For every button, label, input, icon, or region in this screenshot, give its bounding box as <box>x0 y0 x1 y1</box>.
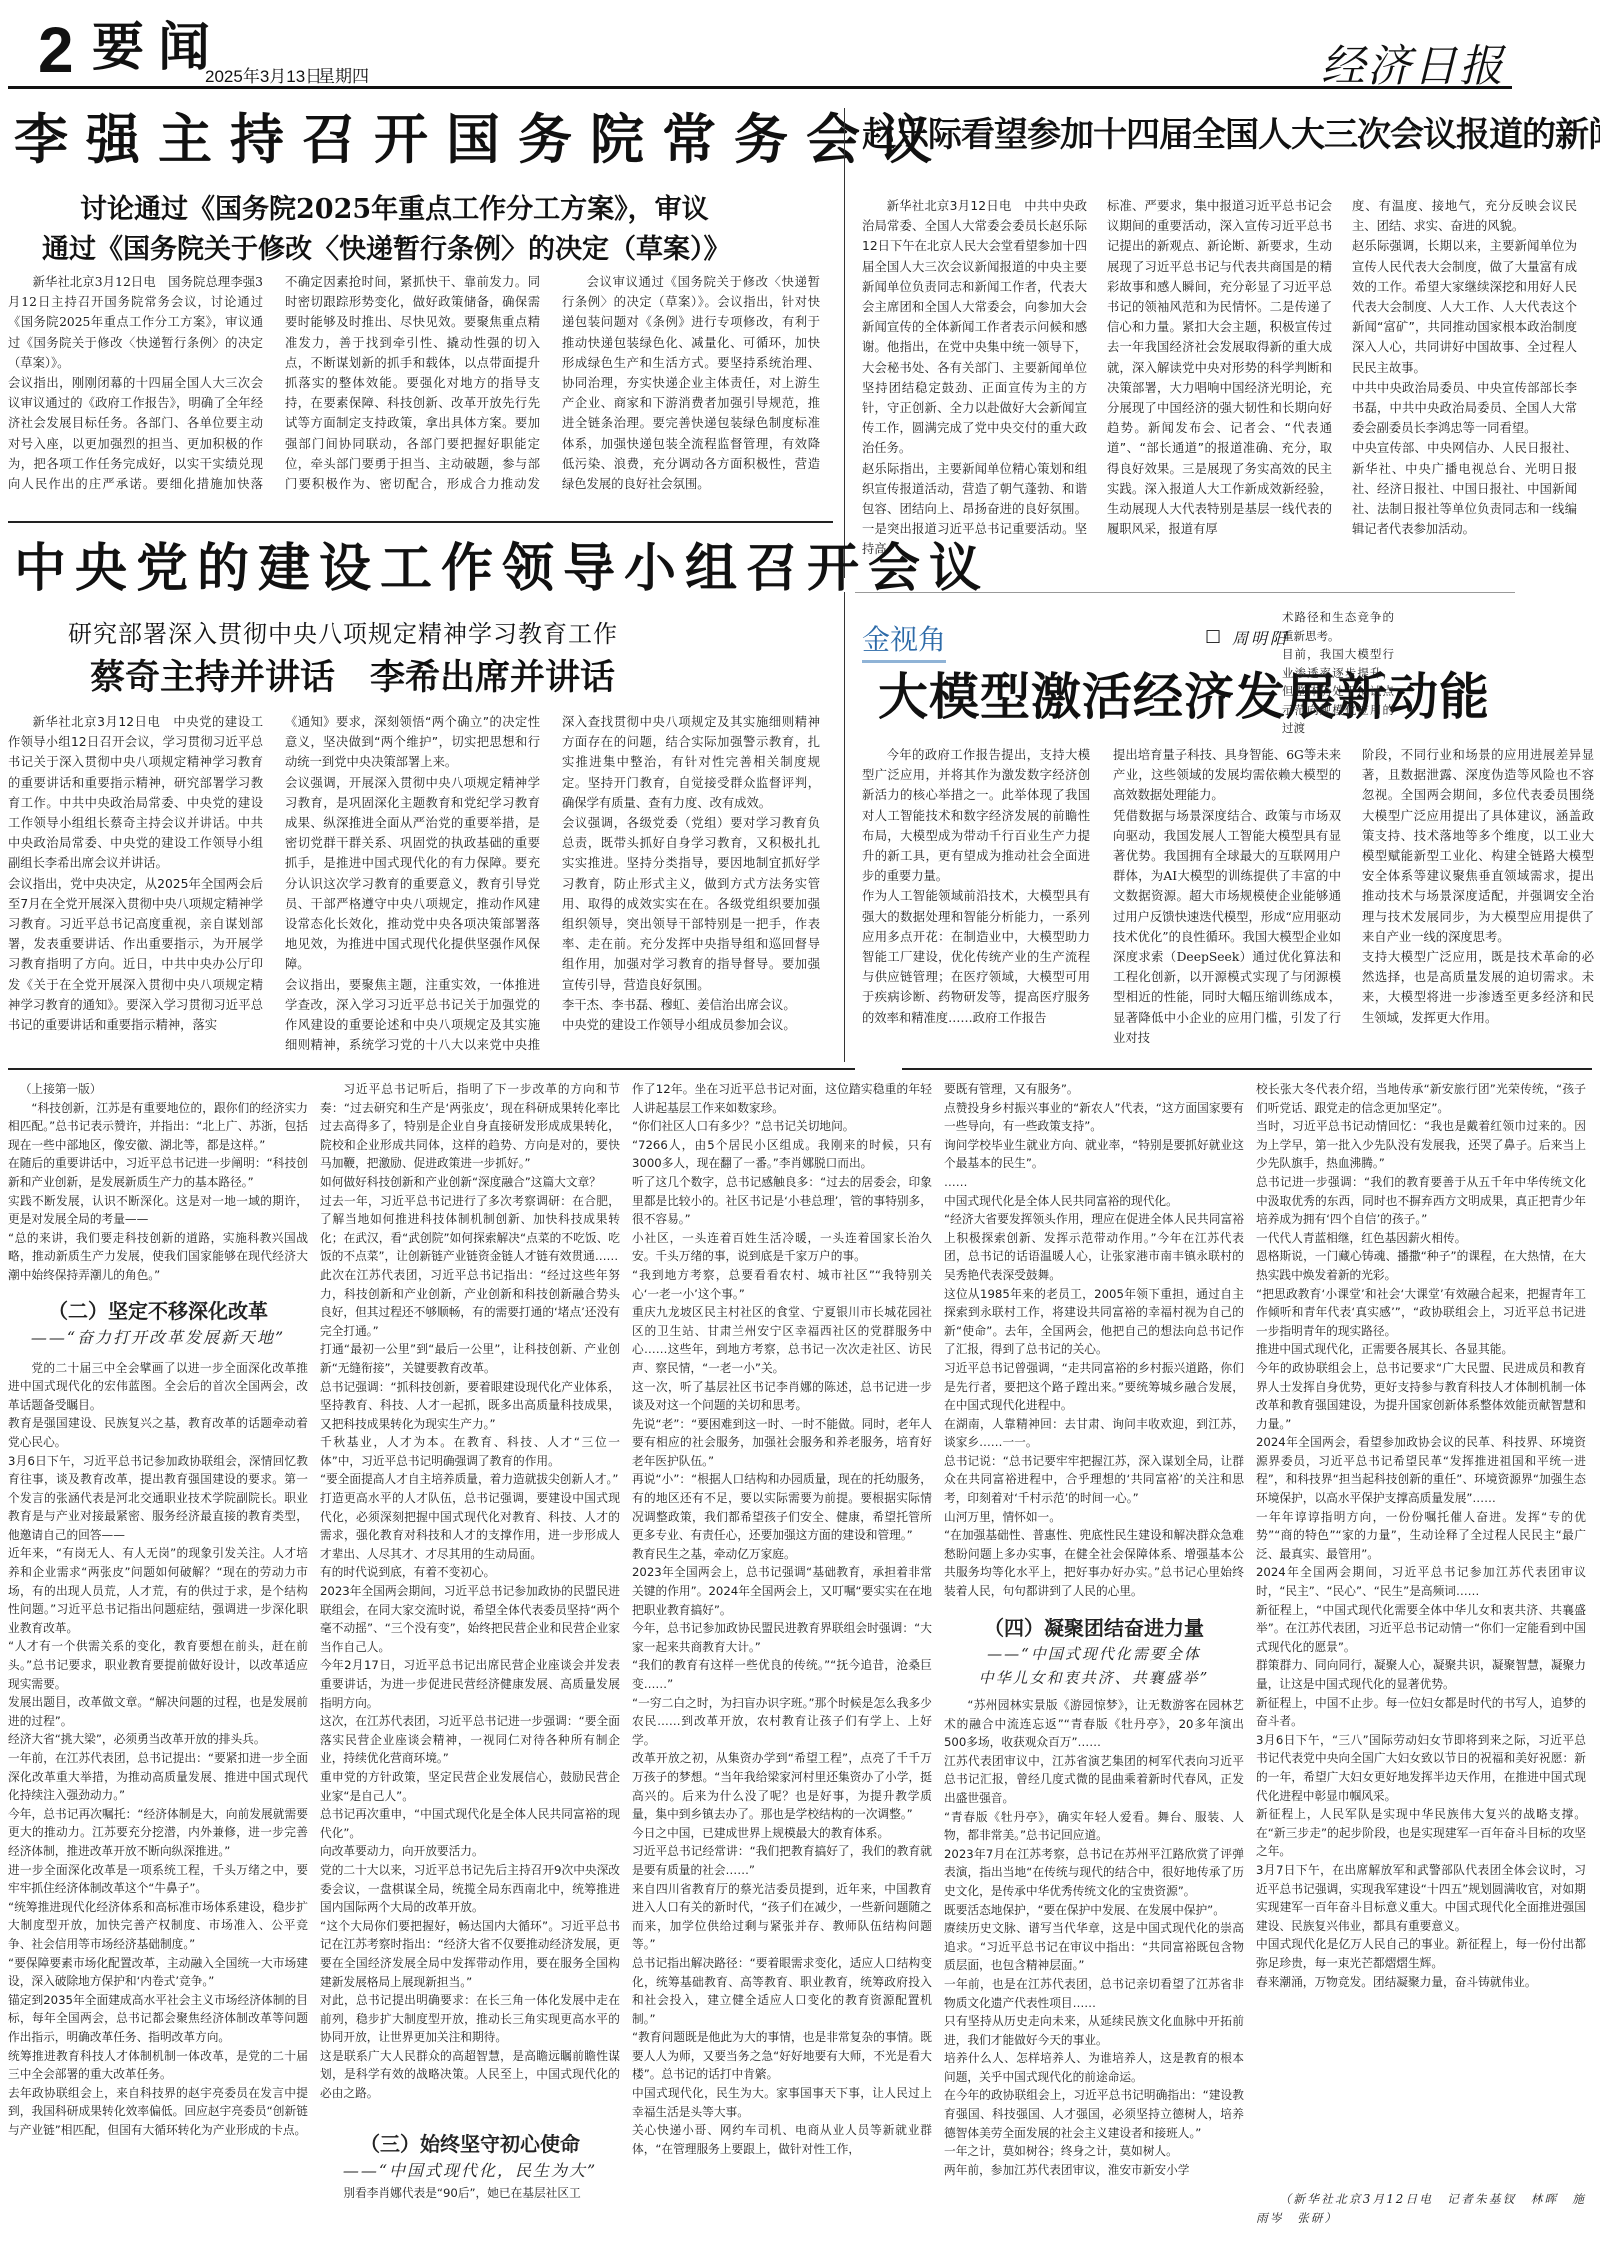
article5-col4-sec4: “苏州园林实景版《游园惊梦》，让无数游客在园林艺术的融合中流连忘返”“青春版《牡… <box>944 1696 1244 2179</box>
article1-col2-text: 不确定因素抢时间，紧抓快干、靠前发力。同时密切跟踪形势变化，做好政策储备，确保需… <box>285 272 540 497</box>
article2-col1-text: 新华社北京3月12日电 中共中央政治局常委、全国人大常委会委员长赵乐际12日下午… <box>862 196 1087 560</box>
article4-col3-text: 阶段，不同行业和场景的应用进展差异显著，且数据泄露、深度伪造等风险也不容忽视。全… <box>1362 745 1594 1028</box>
article5-col2: 习近平总书记听后，指明了下一步改革的方向和节奏：“过去研究和生产是‘两张皮’，现… <box>320 1080 620 2260</box>
article4-col3: 阶段，不同行业和场景的应用进展差异显著，且数据泄露、深度伪造等风险也不容忽视。全… <box>1362 745 1594 1055</box>
article4-col1-text: 今年的政府工作报告提出，支持大模型广泛应用，并将其作为激发数字经济创新活力的核心… <box>862 745 1090 1028</box>
article3-col3: 深入查找贯彻中央八项规定及其实施细则精神方面存在的问题，结合实际加强警示教育，扎… <box>562 712 820 1052</box>
article5-col4-text: 要既有管理，又有服务”。 点赞投身乡村振兴事业的“新农人”代表，“这方面国家要有… <box>944 1080 1244 1600</box>
article3-col2-text: 《通知》要求，深刻领悟“两个确立”的决定性意义，坚决做到“两个维护”，切实把思想… <box>285 712 540 1052</box>
section2-title: （二）坚定不移深化改革 <box>8 1297 308 1325</box>
section3-kicker: ——“中国式现代化，民生为大” <box>320 2158 620 2184</box>
article3-col3-text: 深入查找贯彻中央八项规定及其实施细则精神方面存在的问题，结合实际加强警示教育，扎… <box>562 712 820 1035</box>
article2-col3-text: 度、有温度、接地气，充分反映会议民主、团结、求实、奋进的风貌。 赵乐际强调，长期… <box>1352 196 1577 539</box>
article4-sidebar: 术路径和生态竞争的重新思考。 目前，我国大模型行业渗透率逐步提升，但整体仍处于从… <box>1282 608 1394 743</box>
article5-continued: （上接第一版） <box>8 1080 308 1099</box>
article5-col1: （上接第一版） “科技创新，江苏是有重要地位的，跟你们的经济实力相匹配。”总书记… <box>8 1080 308 2260</box>
article1-subhead-2: 通过《国务院关于修改〈快递暂行条例〉的决定（草案）》 <box>42 236 731 263</box>
article5-col2-text: 习近平总书记听后，指明了下一步改革的方向和节奏：“过去研究和生产是‘两张皮’，现… <box>320 1080 620 2103</box>
article4-col2-text: 提出培育量子科技、具身智能、6G等未来产业，这些领域的发展均需依赖大模型的高效数… <box>1113 745 1341 1048</box>
article2-col2-text: 标准、严要求，集中报道习近平总书记会议期间的重要活动，深入宣传习近平总书记提出的… <box>1107 196 1332 539</box>
divider-a1-a3 <box>8 521 833 523</box>
article3-subhead-1: 研究部署深入贯彻中央八项规定精神学习教育工作 <box>68 622 618 646</box>
divider-top-bottom-left <box>8 1068 285 1070</box>
article2-col2: 标准、严要求，集中报道习近平总书记会议期间的重要活动，深入宣传习近平总书记提出的… <box>1107 196 1332 581</box>
article1-col3: 会议审议通过《国务院关于修改〈快递暂行条例〉的决定（草案）》。会议指出，针对快递… <box>562 272 820 497</box>
divider-left-right-2 <box>844 592 845 1062</box>
article5-col5-text: 校长张大冬代表介绍，当地传承“新安旅行团”光荣传统，“孩子们听党话、跟党走的信念… <box>1256 1080 1586 1991</box>
issue-weekday: 星期四 <box>318 62 369 87</box>
article4-col1: 今年的政府工作报告提出，支持大模型广泛应用，并将其作为激发数字经济创新活力的核心… <box>862 745 1090 1055</box>
article5-col1-b: 党的二十届三中全会擘画了以进一步全面深化改革推进中国式现代化的宏伟蓝图。全会后的… <box>8 1359 308 2140</box>
article3-subhead-2: 蔡奇主持并讲话 李希出席并讲话 <box>90 660 615 695</box>
article5-col1-a: “科技创新，江苏是有重要地位的，跟你们的经济实力相匹配。”总书记表示赞许，并指出… <box>8 1099 308 1285</box>
section2-kicker: ——“奋力打开改革发展新天地” <box>8 1325 308 1351</box>
section4-kicker-1: ——“中国式现代化需要全体 <box>944 1642 1244 1666</box>
article1-col2: 不确定因素抢时间，紧抓快干、靠前发力。同时密切跟踪形势变化，做好政策储备，确保需… <box>285 272 540 497</box>
article5-col3-text: 作了12年。坐在习近平总书记对面，这位踏实稳重的年轻人讲起基层工作来如数家珍。 … <box>632 1080 932 2158</box>
article3-col1: 新华社北京3月12日电 中央党的建设工作领导小组12日召开会议，学习贯彻习近平总… <box>8 712 263 1052</box>
article4-col2: 提出培育量子科技、具身智能、6G等未来产业，这些领域的发展均需依赖大模型的高效数… <box>1113 745 1341 1055</box>
article4-column-name: 金视角 <box>862 618 946 663</box>
article5-col3: 作了12年。坐在习近平总书记对面，这位踏实稳重的年轻人讲起基层工作来如数家珍。 … <box>632 1080 932 2260</box>
article5-col4: 要既有管理，又有服务”。 点赞投身乡村振兴事业的“新农人”代表，“这方面国家要有… <box>944 1080 1244 2260</box>
article4-author: 周明阳 <box>1232 626 1289 649</box>
divider-top-bottom-right <box>902 1068 1592 1070</box>
article1-col1: 新华社北京3月12日电 国务院总理李强3月12日主持召开国务院常务会议，讨论通过… <box>8 272 263 497</box>
article1-subhead-1: 讨论通过《国务院2025年重点工作分工方案》，审议 <box>80 196 709 223</box>
article4-byline-box: □ <box>1205 626 1221 646</box>
article4-headline: 大模型激活经济发展新动能 <box>878 672 1490 722</box>
issue-date: 2025年3月13日 <box>205 62 322 87</box>
article1-headline: 李强主持召开国务院常务会议 <box>14 112 814 166</box>
page-number: 2 <box>38 18 74 82</box>
article5-col5: 校长张大冬代表介绍，当地传承“新安旅行团”光荣传统，“孩子们听党话、跟党走的信念… <box>1256 1080 1586 2260</box>
article1-col3-text: 会议审议通过《国务院关于修改〈快递暂行条例〉的决定（草案）》。会议指出，针对快递… <box>562 272 820 497</box>
divider-top-bottom-mid <box>285 1068 855 1070</box>
article2-headline: 赵乐际看望参加十四届全国人大三次会议报道的新闻工作者 <box>862 118 1600 152</box>
article1-col1-text: 新华社北京3月12日电 国务院总理李强3月12日主持召开国务院常务会议，讨论通过… <box>8 272 263 497</box>
section4-title: （四）凝聚团结奋进力量 <box>944 1614 1244 1642</box>
article3-col1-text: 新华社北京3月12日电 中央党的建设工作领导小组12日召开会议，学习贯彻习近平总… <box>8 712 263 1035</box>
paper-logo: 经济日报 <box>1321 30 1505 94</box>
masthead-rule <box>8 86 1512 89</box>
article3-headline: 中央党的建设工作领导小组召开会议 <box>14 543 990 595</box>
section3-title: （三）始终坚守初心使命 <box>320 2130 620 2158</box>
section4-kicker-2: 中华儿女和衷共济、共襄盛举” <box>944 1666 1244 1690</box>
divider-left-right <box>844 108 845 578</box>
article4-sidebar-text: 术路径和生态竞争的重新思考。 目前，我国大模型行业渗透率逐步提升，但整体仍处于从… <box>1282 608 1394 738</box>
article2-col1: 新华社北京3月12日电 中共中央政治局常委、全国人大常委会委员长赵乐际12日下午… <box>862 196 1087 581</box>
article5-col2-sec3: 別看李肖娜代表是“90后”，她已在基层社区工 <box>320 2184 620 2203</box>
article3-col2: 《通知》要求，深刻领悟“两个确立”的决定性意义，坚决做到“两个维护”，切实把思想… <box>285 712 540 1052</box>
article5-dateline: （新华社北京3月12日电 记者朱基钗 林晖 施雨岑 张研） <box>1256 2190 1586 2227</box>
article2-col3: 度、有温度、接地气，充分反映会议民主、团结、求实、奋进的风貌。 赵乐际强调，长期… <box>1352 196 1577 581</box>
